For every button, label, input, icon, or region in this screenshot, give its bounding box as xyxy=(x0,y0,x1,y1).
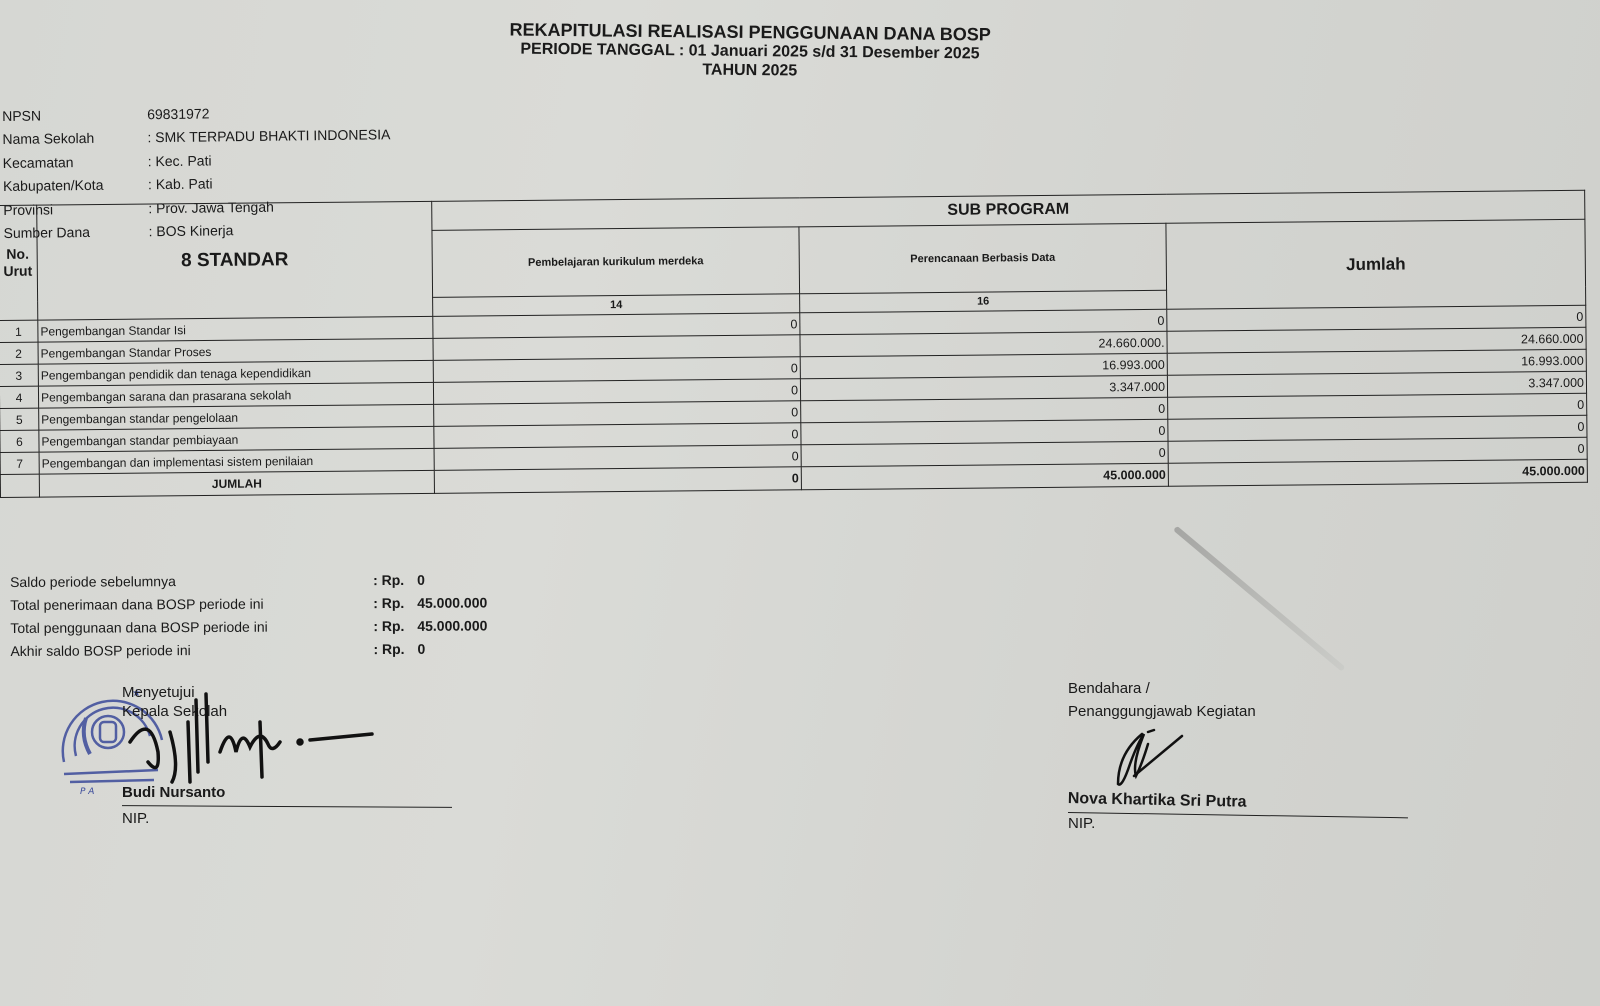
treasurer-signature-line xyxy=(1068,812,1408,818)
summary-value: 45.000.000 xyxy=(417,594,487,610)
ink-smudge xyxy=(1173,526,1345,672)
identity-value: : SMK TERPADU BHAKTI INDONESIA xyxy=(147,127,390,146)
summary-currency: : Rp. xyxy=(373,571,417,587)
summary-value: 0 xyxy=(417,640,425,656)
summary-currency: : Rp. xyxy=(373,640,417,656)
total-c14: 0 xyxy=(434,467,801,494)
row-no: 1 xyxy=(0,320,38,342)
treasurer-name: Nova Khartika Sri Putra xyxy=(1068,790,1247,812)
header-col-16-label: Perencanaan Berbasis Data xyxy=(799,223,1167,294)
treasurer-signature-block: Bendahara / Penanggungjawab Kegiatan Nov… xyxy=(1068,680,1428,840)
summary-value: 0 xyxy=(417,571,425,587)
row-no: 3 xyxy=(0,364,38,386)
row-no: 7 xyxy=(0,452,39,474)
svg-text:P A: P A xyxy=(80,787,94,794)
total-row-no-empty xyxy=(0,474,39,497)
header-no-line1: No. xyxy=(1,246,35,263)
balance-summary: Saldo periode sebelumnya: Rp.0 Total pen… xyxy=(10,568,488,662)
recap-table: No. Urut 8 STANDAR SUB PROGRAM Pembelaja… xyxy=(0,190,1588,498)
row-no: 6 xyxy=(0,430,39,452)
identity-value: : Kec. Pati xyxy=(148,152,212,169)
row-no: 4 xyxy=(0,386,39,408)
treasurer-signature-icon xyxy=(1108,724,1248,794)
summary-row: Akhir saldo BOSP periode ini: Rp.0 xyxy=(10,637,487,662)
principal-nip: NIP. xyxy=(122,810,149,827)
summary-label: Total penerimaan dana BOSP periode ini xyxy=(10,595,373,613)
document-page: REKAPITULASI REALISASI PENGGUNAAN DANA B… xyxy=(0,0,1600,1006)
summary-label: Saldo periode sebelumnya xyxy=(10,572,373,590)
header-no-urut: No. Urut xyxy=(0,205,38,320)
row-no: 2 xyxy=(0,342,38,364)
summary-row: Total penerimaan dana BOSP periode ini: … xyxy=(10,591,487,616)
header-col-14-label: Pembelajaran kurikulum merdeka xyxy=(432,227,800,298)
recap-table-wrapper: No. Urut 8 STANDAR SUB PROGRAM Pembelaja… xyxy=(0,190,1588,498)
summary-label: Total penggunaan dana BOSP periode ini xyxy=(10,618,373,636)
total-label: JUMLAH xyxy=(39,470,434,497)
identity-value: 69831972 xyxy=(147,105,209,122)
treasurer-role-line2: Penanggungjawab Kegiatan xyxy=(1068,703,1256,720)
header-total: Jumlah xyxy=(1166,219,1586,309)
document-title-block: REKAPITULASI REALISASI PENGGUNAAN DANA B… xyxy=(440,19,1061,83)
identity-label: NPSN xyxy=(2,106,147,124)
identity-label: Nama Sekolah xyxy=(2,129,147,147)
summary-currency: : Rp. xyxy=(373,617,417,633)
summary-row: Total penggunaan dana BOSP periode ini: … xyxy=(10,614,487,639)
header-no-line2: Urut xyxy=(1,263,35,280)
treasurer-nip: NIP. xyxy=(1068,815,1095,832)
treasurer-role-line1: Bendahara / xyxy=(1068,680,1150,697)
principal-signature-block: ★ P A Menyetujui Kepala Sekolah Budi Nur… xyxy=(50,668,470,838)
summary-currency: : Rp. xyxy=(373,594,417,610)
header-standard: 8 STANDAR xyxy=(37,201,433,320)
summary-label: Akhir saldo BOSP periode ini xyxy=(10,641,373,659)
principal-name: Budi Nursanto xyxy=(122,784,225,801)
row-no: 5 xyxy=(0,408,39,430)
identity-label: Kabupaten/Kota xyxy=(3,176,148,194)
identity-value: : Kab. Pati xyxy=(148,176,213,193)
total-c16: 45.000.000 xyxy=(801,463,1168,490)
summary-row: Saldo periode sebelumnya: Rp.0 xyxy=(10,568,487,593)
summary-value: 45.000.000 xyxy=(417,617,487,633)
identity-label: Kecamatan xyxy=(3,153,148,171)
grand-total: 45.000.000 xyxy=(1168,459,1587,486)
